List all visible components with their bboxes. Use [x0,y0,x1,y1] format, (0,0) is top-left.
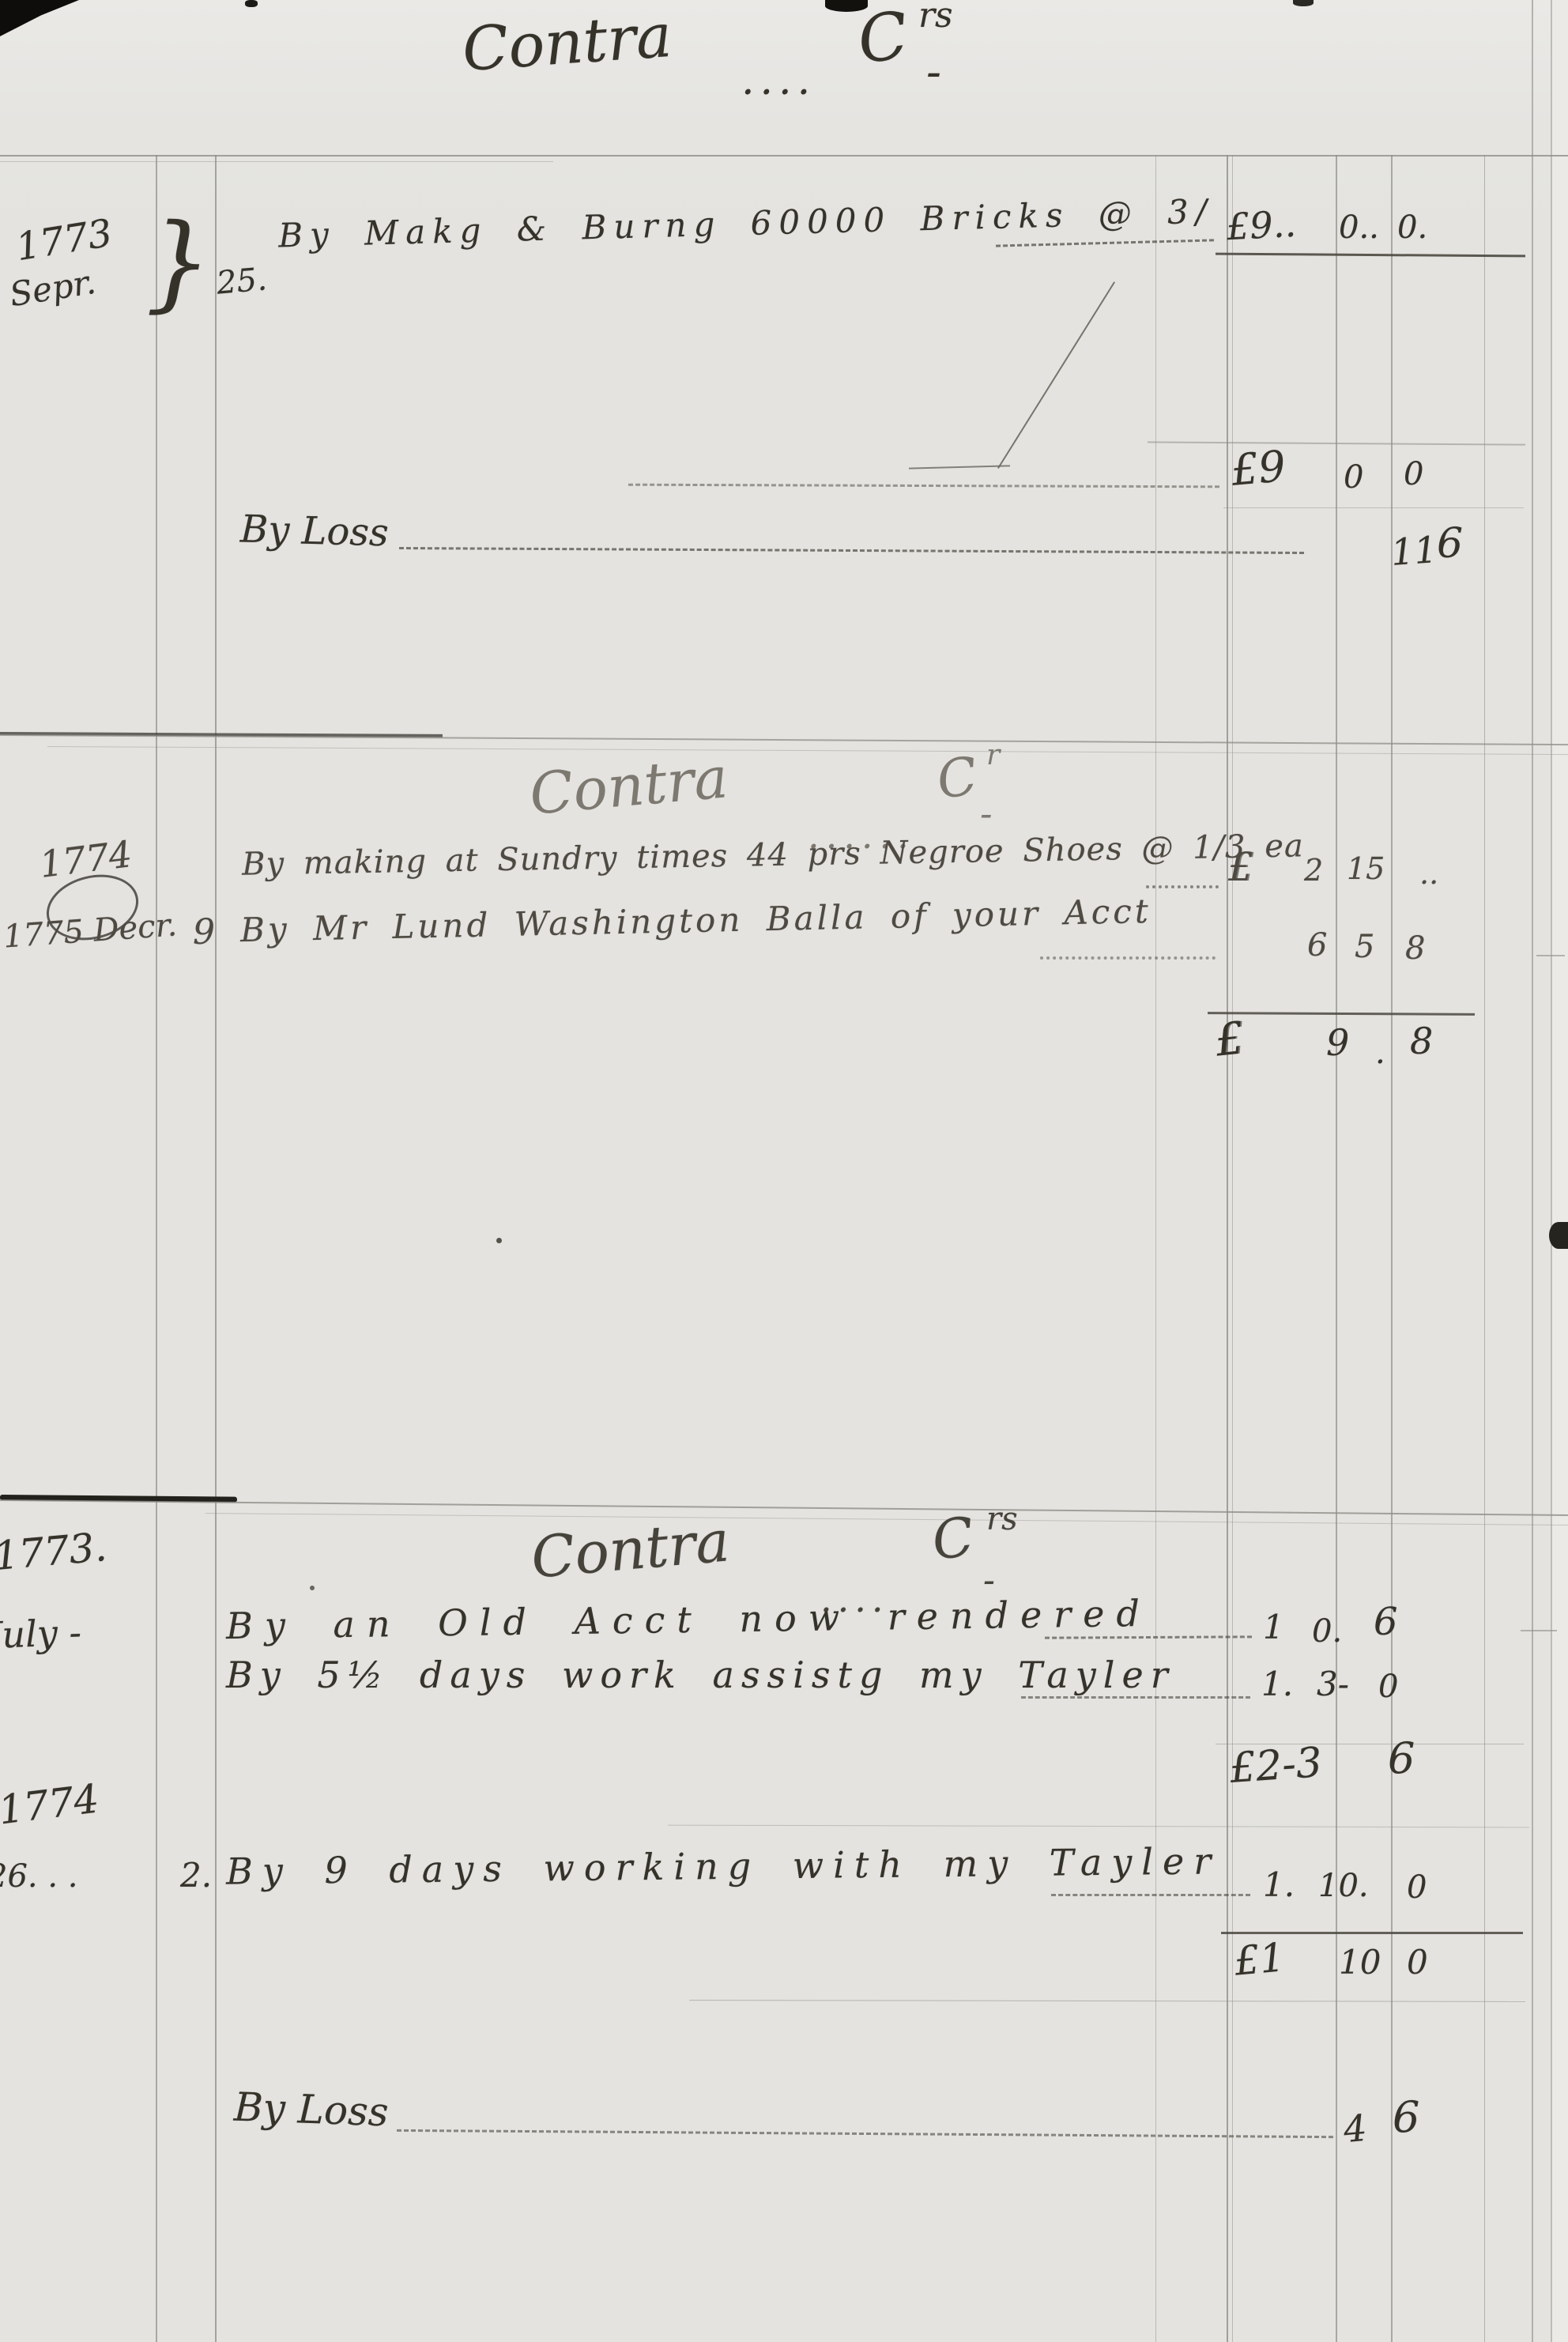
subtotal-shillings: 10 [1339,1946,1381,1979]
page-title-abbr-sup: rs [918,0,953,33]
shillings-column-rule [1336,155,1337,2342]
loss-leader-dashes [399,547,1304,554]
page-edge-rule-2 [1551,0,1552,2342]
date-brace: } [145,210,212,315]
leader-dots [1146,885,1219,888]
subtotal-rule-above [1221,1932,1523,1934]
leader-dashes [996,239,1214,247]
ink-speck [310,1586,315,1590]
amount-pence: 8 [1405,933,1425,964]
day-column-rule [215,155,217,2342]
money-left-rule [1227,155,1228,2342]
entry-description: By Mr Lund Washington Balla of your Acct [240,895,1151,947]
amount-shillings: 15 [1347,854,1385,884]
leader-dashes [1045,1635,1252,1639]
edge-speck [1293,0,1314,6]
ink-speck [496,1238,502,1243]
amount-shillings: 10. [1318,1870,1369,1902]
edge-blob [1549,1222,1568,1249]
amount-pence: 6 [1374,1603,1398,1641]
section-divider-echo [47,746,1568,755]
entry-description: By 5½ days work assistg my Tayler [226,1657,1175,1693]
ledger-page: Contra .... C rs - 1773 Sepr. } 25. By M… [0,0,1568,2342]
entry-year: 1773 [13,214,115,267]
amount-pounds: 2 [1304,855,1323,885]
page-edge-rule-1 [1532,0,1533,2342]
amount-pence: 0. [1397,212,1427,243]
section-title-abbr-dash: - [980,795,993,832]
section-title-word: Contra [527,749,729,823]
corner-tear-mark [0,0,79,36]
total-pence: 6 [1388,1737,1415,1780]
entry-month: July - [0,1614,82,1654]
leader-dots [1040,956,1216,960]
total-pence: 0 [1404,458,1423,490]
section-title-abbr: C [929,1510,977,1569]
total-pounds-shillings: £2-3 [1228,1742,1323,1789]
page-title-dots: .... [741,60,816,101]
amount-shillings: 0.. [1339,212,1379,243]
pence-column-rule [1391,155,1393,2342]
total-rule-below [1223,507,1524,508]
entry-description: By an Old Acct now rendered [226,1595,1151,1644]
header-rule-echo [0,161,553,162]
carry-diagonal-base [909,465,1010,469]
total-pounds: 9 [1326,1024,1349,1061]
loss-label: By Loss [233,2087,389,2133]
money-outer-rule [1155,155,1156,2342]
amount-underline [1216,253,1525,258]
header-rule [0,155,1568,157]
subtotal-rule-below [689,2000,1525,2002]
total-pounds: £9 [1230,445,1287,492]
section-title-abbr-dash: - [983,1563,995,1598]
loss-pence: 6 [1437,523,1463,564]
amount-pounds: 1 [1263,1611,1284,1644]
section-title-word: Contra [529,1512,731,1586]
total-rule-above [1208,1012,1475,1016]
loss-shillings: 11 [1389,531,1438,571]
entry-description: By 9 days working with my Tayler [226,1842,1221,1889]
leader-dashes [1021,1696,1250,1699]
section-title-abbr-sup: r [986,741,1000,770]
amount-pounds: 1. [1261,1668,1293,1701]
amount-pounds: £9.. [1226,206,1297,246]
entry-year: 1775 Decr. [2,909,178,952]
loss-shillings: 4 [1342,2110,1368,2148]
amount-pounds: 1. [1263,1869,1295,1902]
entry-date: 26. . . [0,1861,77,1892]
amount-trailing-dash [1536,955,1565,956]
entry-month: Sepr. [7,266,98,312]
subtotal-pounds: £1 [1233,1937,1287,1981]
total-shillings: 0 [1344,462,1363,493]
entry-day: 9 [193,915,215,950]
section-title-abbr-sup: rs [986,1503,1018,1535]
amount-pounds: 6 [1307,930,1327,961]
date-column-rule [156,155,157,2342]
leader-dashes [1051,1894,1250,1896]
page-title-abbr-dash: - [926,51,941,95]
amount-pence: 0 [1407,1872,1427,1903]
currency-mark: £ [1228,847,1253,887]
section-divider [0,734,1568,745]
edge-speck [245,0,258,7]
paper-right-edge [1551,0,1568,2342]
amount-pence: .. [1419,858,1438,888]
entry-description: By making at Sundry times 44 prs Negroe … [242,830,1304,880]
loss-label: By Loss [239,511,389,553]
section-divider-echo [205,1513,1568,1526]
amount-shillings: 5 [1355,931,1374,963]
total-pence: 8 [1410,1023,1433,1059]
section-title-abbr: C [934,750,981,807]
amount-trailing-dash [1521,1630,1557,1631]
total-leader-dashes [628,484,1219,488]
subtotal-pence: 0 [1407,1946,1428,1979]
loss-leader-dashes [397,2129,1333,2138]
page-title-word: Contra [461,6,674,80]
entry-year: 1774 [0,1778,101,1830]
amount-shillings: 3- [1317,1668,1349,1701]
amount-pence: 0 [1378,1671,1398,1703]
total-currency-mark: £ [1213,1016,1246,1063]
total-rule-below [668,1825,1529,1828]
entry-year: 1773. [0,1527,108,1576]
loss-pence: 6 [1393,2096,1419,2139]
page-title-abbr: C [854,3,911,74]
amount-shillings: 0. [1312,1616,1342,1647]
edge-speck [825,0,868,12]
entry-day: 25. [215,263,268,299]
carry-diagonal-stroke [997,281,1115,469]
entry-day: 2. [180,1859,212,1892]
money-right-rule [1484,155,1485,2342]
total-shillings: . [1375,1037,1385,1069]
